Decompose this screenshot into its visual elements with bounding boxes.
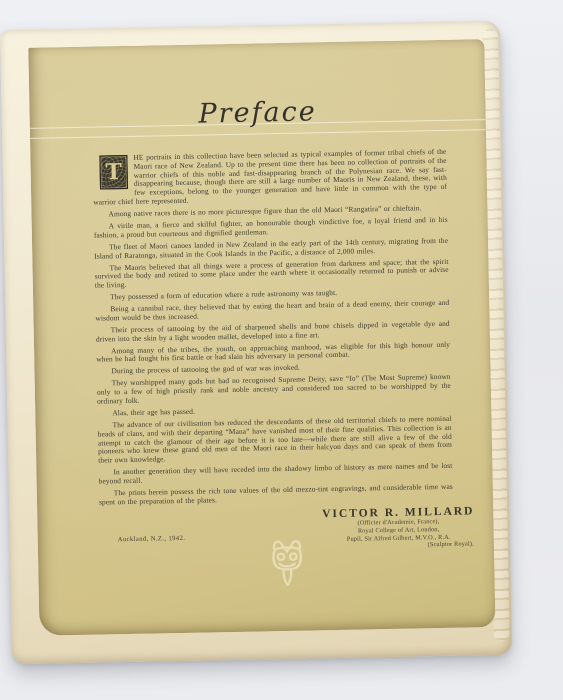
intro-paragraph-text: HE portraits in this collection have bee…	[93, 147, 447, 207]
book: Preface THE portraits in this collection…	[0, 21, 512, 664]
signature-block: VICTOR R. MILLARD (Officier d'Academie, …	[307, 505, 490, 552]
drop-cap-initial: T	[99, 155, 128, 190]
photo-background: Preface THE portraits in this collection…	[0, 0, 563, 700]
preface-text: THE portraits in this collection have be…	[92, 148, 453, 510]
page-title: Preface	[29, 93, 486, 133]
paragraph: The advance of our civilisation has redu…	[97, 415, 452, 466]
tiki-watermark-icon	[268, 535, 307, 590]
book-page: Preface THE portraits in this collection…	[28, 39, 495, 636]
paragraph: The prints herein possess the rich tone …	[99, 483, 453, 507]
paragraph: Among many of the tribes, the youth, on …	[96, 340, 450, 364]
intro-paragraph: THE portraits in this collection have be…	[92, 148, 447, 208]
paragraph: The Maoris believed that all things were…	[94, 257, 448, 290]
place-date: Auckland, N.Z., 1942.	[118, 535, 186, 543]
paragraph: They worshipped many gods but had no rec…	[97, 373, 451, 406]
